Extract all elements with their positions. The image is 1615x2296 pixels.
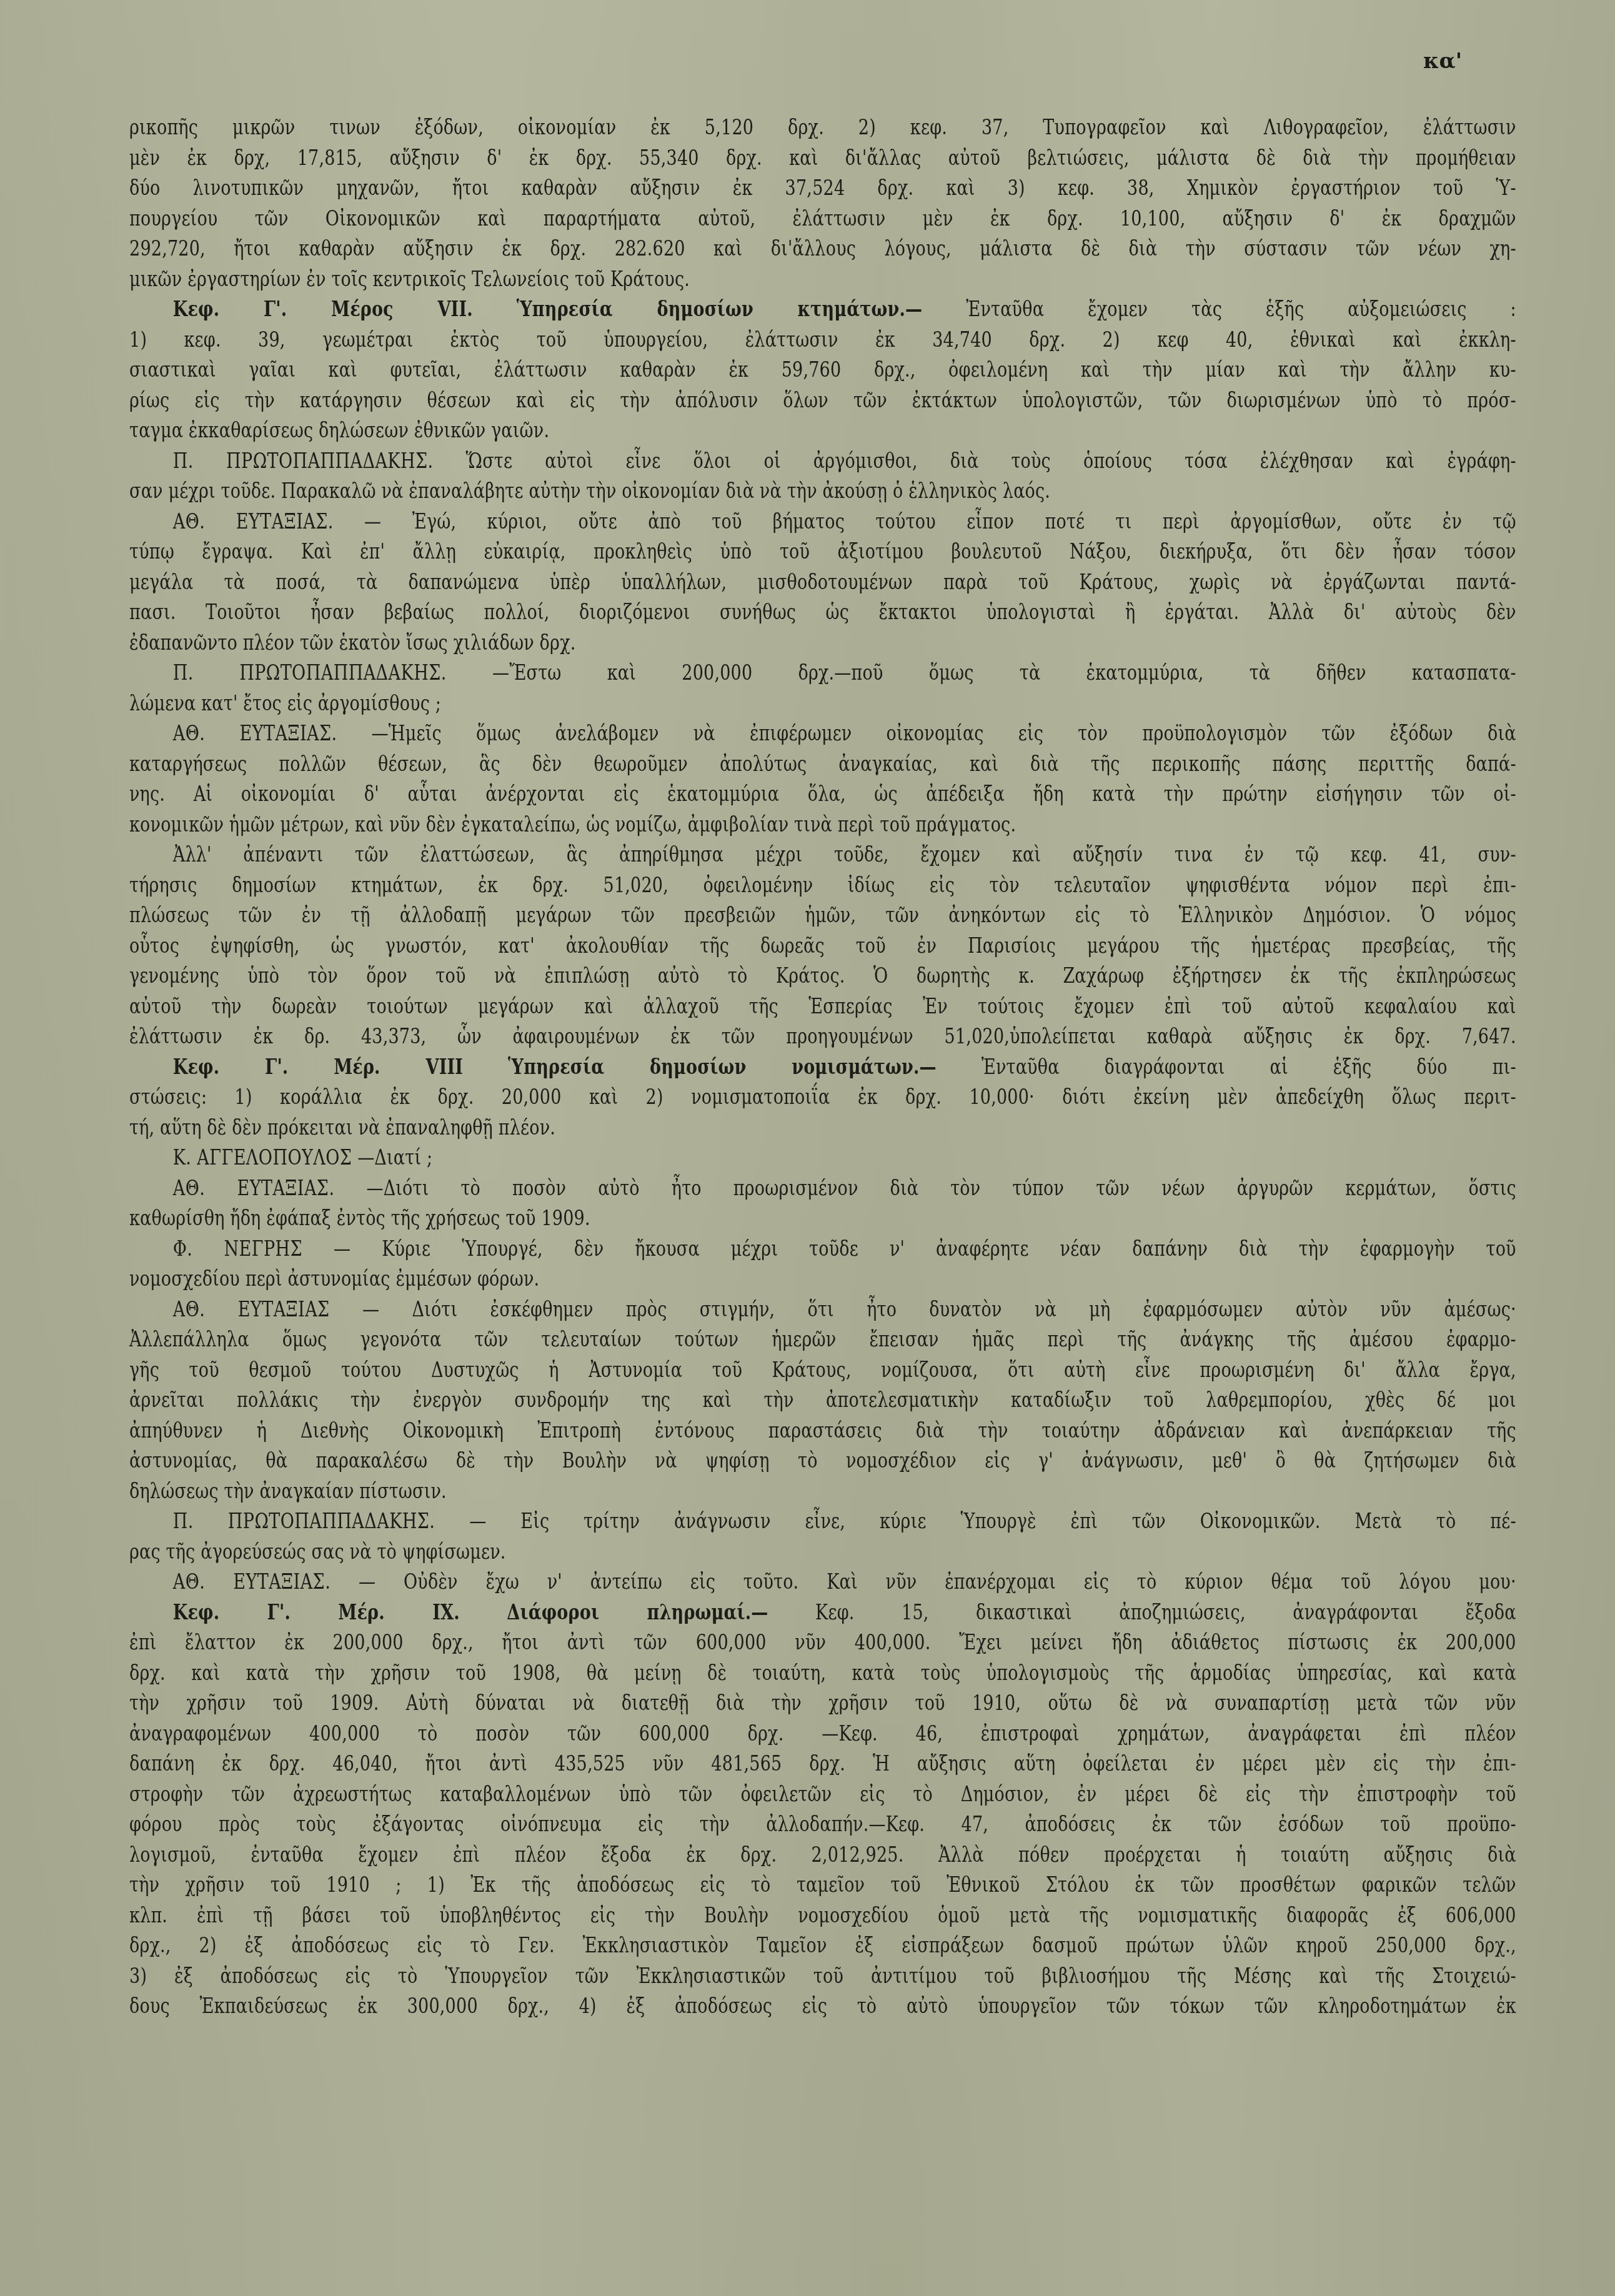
section-title: Ὑπηρεσία δημοσίων κτημάτων.—	[517, 297, 923, 321]
section-title: Ὑπηρεσία δημοσίων νομισμάτων.—	[508, 1055, 937, 1079]
page-number: κα'	[1423, 49, 1462, 74]
line-text: —Ἔστω καὶ 200,000 δρχ.—ποῦ ὅμως τὰ ἑκατο…	[492, 660, 1516, 685]
text-line: Κεφ. Γ'. Μέρ. VIII Ὑπηρεσία δημοσίων νομ…	[129, 1052, 1516, 1083]
text-line: ΑΘ. ΕΥΤΑΞΙΑΣ. — Ἐγώ, κύριοι, οὔτε ἀπὸ το…	[129, 507, 1516, 537]
line-text: — Οὐδὲν ἔχω ν' ἀντείπω εἰς τοῦτο. Καὶ νῦ…	[359, 1569, 1516, 1594]
text-line: τή, αὕτη δὲ δὲν πρόκειται νὰ ἐπαναληφθῇ …	[129, 1113, 1516, 1143]
line-text: — Ἐγώ, κύριοι, οὔτε ἀπὸ τοῦ βήματος τούτ…	[364, 509, 1516, 534]
text-line: Ἀλλ' ἀπέναντι τῶν ἐλαττώσεων, ἃς ἀπηρίθμ…	[129, 840, 1516, 870]
text-line: πλώσεως τῶν ἐν τῇ ἀλλοδαπῇ μεγάρων τῶν π…	[129, 900, 1516, 931]
text-line: ἀναγραφομένων 400,000 τὸ ποσὸν τῶν 600,0…	[129, 1719, 1516, 1749]
text-line: γῆς τοῦ θεσμοῦ τούτου Δυστυχῶς ἡ Ἀστυνομ…	[129, 1355, 1516, 1386]
text-line: δους Ἐκπαιδεύσεως ἐκ 300,000 δρχ., 4) ἐξ…	[129, 1991, 1516, 2022]
text-line: ΑΘ. ΕΥΤΑΞΙΑΣ. —Διότι τὸ ποσὸν αὐτὸ ἦτο π…	[129, 1173, 1516, 1204]
text-line: μὲν ἐκ δρχ, 17,815, αὔξησιν δ' ἐκ δρχ. 5…	[129, 143, 1516, 174]
text-line: δηλώσεως τὴν ἀναγκαίαν πίστωσιν.	[129, 1476, 1516, 1507]
speaker-name: Π. ΠΡΩΤΟΠΑΠΠΑΔΑΚΗΣ.	[173, 1509, 435, 1533]
speaker-name: Κ. ΑΓΓΕΛΟΠΟΥΛΟΣ	[173, 1145, 352, 1170]
line-text: Κεφ. 15, δικαστικαὶ ἀποζημιώσεις, ἀναγρά…	[815, 1600, 1516, 1624]
speaker-name: Φ. ΝΕΓΡΗΣ	[173, 1236, 302, 1261]
line-text: Ὥστε αὐτοὶ εἶνε ὅλοι οἱ ἀργόμισθοι, διὰ …	[466, 449, 1516, 473]
speaker-name: ΑΘ. ΕΥΤΑΞΙΑΣ.	[173, 1569, 330, 1594]
text-line: γενομένης ὑπὸ τὸν ὅρον τοῦ νὰ ἐπιπλώσῃ α…	[129, 961, 1516, 991]
text-line: Π. ΠΡΩΤΟΠΑΠΠΑΔΑΚΗΣ. Ὥστε αὐτοὶ εἶνε ὅλοι…	[129, 446, 1516, 477]
text-line: πασι. Τοιοῦτοι ἦσαν βεβαίως πολλοί, διορ…	[129, 597, 1516, 628]
text-line: δύο λινοτυπικῶν μηχανῶν, ἤτοι καθαρὰν αὔ…	[129, 173, 1516, 204]
text-line: στώσεις: 1) κοράλλια ἐκ δρχ. 20,000 καὶ …	[129, 1082, 1516, 1113]
text-line: 1) κεφ. 39, γεωμέτραι ἐκτὸς τοῦ ὑπουργεί…	[129, 325, 1516, 355]
text-line: δαπάνη ἐκ δρχ. 46,040, ἤτοι ἀντὶ 435,525…	[129, 1749, 1516, 1779]
line-text: —Διατί ;	[357, 1145, 432, 1170]
text-line: ἐλάττωσιν ἐκ δρ. 43,373, ὧν ἀφαιρουμένων…	[129, 1021, 1516, 1052]
body-text: ρικοπῆς μικρῶν τινων ἐξόδων, οἰκονομίαν …	[129, 112, 1516, 2022]
text-line: ἀπηύθυνεν ἡ Διεθνὴς Οἰκονομικὴ Ἐπιτροπὴ …	[129, 1416, 1516, 1446]
text-line: Π. ΠΡΩΤΟΠΑΠΠΑΔΑΚΗΣ. — Εἰς τρίτην ἀνάγνωσ…	[129, 1506, 1516, 1537]
text-line: Κ. ΑΓΓΕΛΟΠΟΥΛΟΣ —Διατί ;	[129, 1143, 1516, 1173]
text-line: τύπῳ ἔγραψα. Καὶ ἐπ' ἄλλῃ εὐκαιρίᾳ, προκ…	[129, 537, 1516, 567]
text-line: σιαστικαὶ γαῖαι καὶ φυτεῖαι, ἐλάττωσιν κ…	[129, 355, 1516, 385]
text-line: ΑΘ. ΕΥΤΑΞΙΑΣ. —Ἡμεῖς ὅμως ἀνελάβομεν νὰ …	[129, 718, 1516, 749]
text-line: ταγμα ἐκκαθαρίσεως δηλώσεων ἐθνικῶν γαιῶ…	[129, 415, 1516, 446]
text-line: 292,720, ἤτοι καθαρὰν αὔξησιν ἐκ δρχ. 28…	[129, 234, 1516, 264]
text-line: Κεφ. Γ'. Μέρ. ΙΧ. Διάφοροι πληρωμαί.— Κε…	[129, 1598, 1516, 1628]
text-line: καταργήσεως πολλῶν θέσεων, ἃς δὲν θεωροῦ…	[129, 749, 1516, 780]
line-text: — Διότι ἐσκέφθημεν πρὸς στιγμήν, ὅτι ἦτο…	[362, 1297, 1516, 1321]
text-line: δρχ., 2) ἐξ ἀποδόσεως εἰς τὸ Γεν. Ἐκκλησ…	[129, 1931, 1516, 1961]
text-line: μεγάλα τὰ ποσά, τὰ δαπανώμενα ὑπὲρ ὑπαλλ…	[129, 567, 1516, 598]
text-line: Π. ΠΡΩΤΟΠΑΠΠΑΔΑΚΗΣ. —Ἔστω καὶ 200,000 δρ…	[129, 658, 1516, 688]
speaker-name: Π. ΠΡΩΤΟΠΑΠΠΑΔΑΚΗΣ.	[173, 660, 447, 685]
text-line: λογισμοῦ, ἐνταῦθα ἔχομεν ἐπὶ πλέον ἔξοδα…	[129, 1840, 1516, 1871]
text-line: σαν μέχρι τοῦδε. Παρακαλῶ νὰ ἐπαναλάβητε…	[129, 476, 1516, 507]
line-text: Ἐνταῦθα ἔχομεν τὰς ἑξῆς αὐξομειώσεις :	[966, 297, 1516, 321]
text-line: ἐπὶ ἔλαττον ἐκ 200,000 δρχ., ἤτοι ἀντὶ τ…	[129, 1628, 1516, 1658]
line-text: — Εἰς τρίτην ἀνάγνωσιν εἶνε, κύριε Ὑπουρ…	[469, 1509, 1516, 1533]
section-heading: Κεφ. Γ'. Μέρ. ΙΧ.	[173, 1600, 460, 1624]
text-line: ἀστυνομίας, θὰ παρακαλέσω δὲ τὴν Βουλὴν …	[129, 1446, 1516, 1476]
text-line: τήρησις δημοσίων κτημάτων, ἐκ δρχ. 51,02…	[129, 870, 1516, 901]
text-line: τὴν χρῆσιν τοῦ 1909. Αὐτὴ δύναται νὰ δια…	[129, 1688, 1516, 1719]
section-heading: Κεφ. Γ'. Μέρ. VIII	[173, 1055, 463, 1079]
speaker-name: ΑΘ. ΕΥΤΑΞΙΑΣ	[173, 1297, 330, 1321]
text-line: δρχ. καὶ κατὰ τὴν χρῆσιν τοῦ 1908, θὰ με…	[129, 1658, 1516, 1689]
line-text: Ἐνταῦθα διαγράφονται αἱ ἑξῆς δύο πι-	[981, 1055, 1516, 1079]
text-line: ἀρνεῖται πολλάκις τὴν ἐνεργὸν συνδρομήν …	[129, 1385, 1516, 1416]
text-line: οὗτος ἐψηφίσθη, ὡς γνωστόν, κατ' ἀκολουθ…	[129, 931, 1516, 962]
speaker-name: Π. ΠΡΩΤΟΠΑΠΠΑΔΑΚΗΣ.	[173, 449, 434, 473]
text-line: νης. Αἱ οἰκονομίαι δ' αὗται ἀνέρχονται ε…	[129, 779, 1516, 810]
text-line: ρας τῆς ἀγορεύσεώς σας νὰ τὸ ψηφίσωμεν.	[129, 1537, 1516, 1568]
text-line: τὴν χρῆσιν τοῦ 1910 ; 1) Ἐκ τῆς ἀποδόσεω…	[129, 1870, 1516, 1901]
text-line: λώμενα κατ' ἔτος εἰς ἀργομίσθους ;	[129, 688, 1516, 719]
text-line: καθωρίσθη ἤδη ἐφάπαξ ἐντὸς τῆς χρήσεως τ…	[129, 1203, 1516, 1234]
line-text: —Ἡμεῖς ὅμως ἀνελάβομεν νὰ ἐπιφέρωμεν οἰκ…	[372, 721, 1516, 745]
speaker-name: ΑΘ. ΕΥΤΑΞΙΑΣ.	[173, 509, 334, 534]
text-line: πουργείου τῶν Οἰκονομικῶν καὶ παραρτήματ…	[129, 204, 1516, 234]
line-text: —Διότι τὸ ποσὸν αὐτὸ ἦτο προωρισμένον δι…	[366, 1176, 1516, 1200]
speaker-name: ΑΘ. ΕΥΤΑΞΙΑΣ.	[173, 1176, 335, 1200]
text-line: στροφὴν τῶν ἀχρεωστήτως καταβαλλομένων ὑ…	[129, 1779, 1516, 1810]
text-line: φόρου πρὸς τοὺς ἐξάγοντας οἰνόπνευμα εἰς…	[129, 1809, 1516, 1840]
speaker-name: ΑΘ. ΕΥΤΑΞΙΑΣ.	[173, 721, 337, 745]
section-heading: Κεφ. Γ'. Μέρος VII.	[173, 297, 473, 321]
text-line: αὐτοῦ τὴν δωρεὰν τοιούτων μεγάρων καὶ ἀλ…	[129, 991, 1516, 1022]
text-line: ρίως εἰς τὴν κατάργησιν θέσεων καὶ εἰς τ…	[129, 385, 1516, 416]
text-line: ΑΘ. ΕΥΤΑΞΙΑΣ — Διότι ἐσκέφθημεν πρὸς στι…	[129, 1295, 1516, 1325]
text-line: Φ. ΝΕΓΡΗΣ — Κύριε Ὑπουργέ, δὲν ἤκουσα μέ…	[129, 1234, 1516, 1265]
text-line: μικῶν ἐργαστηρίων ἐν τοῖς κεντρικοῖς Τελ…	[129, 264, 1516, 295]
text-line: 3) ἐξ ἀποδόσεως εἰς τὸ Ὑπουργεῖον τῶν Ἐκ…	[129, 1961, 1516, 1992]
text-line: νομοσχεδίου περὶ ἀστυνομίας ἐμμέσων φόρω…	[129, 1264, 1516, 1295]
text-line: Ἀλλεπάλληλα ὅμως γεγονότα τῶν τελευταίων…	[129, 1324, 1516, 1355]
section-title: Διάφοροι πληρωμαί.—	[507, 1600, 768, 1624]
text-line: ρικοπῆς μικρῶν τινων ἐξόδων, οἰκονομίαν …	[129, 112, 1516, 143]
text-line: Κεφ. Γ'. Μέρος VII. Ὑπηρεσία δημοσίων κτ…	[129, 294, 1516, 325]
text-line: ΑΘ. ΕΥΤΑΞΙΑΣ. — Οὐδὲν ἔχω ν' ἀντείπω εἰς…	[129, 1567, 1516, 1598]
line-text: — Κύριε Ὑπουργέ, δὲν ἤκουσα μέχρι τοῦδε …	[334, 1236, 1516, 1261]
text-line: ἐδαπανῶντο πλέον τῶν ἑκατὸν ἴσως χιλιάδω…	[129, 628, 1516, 658]
text-line: κονομικῶν ἡμῶν μέτρων, καὶ νῦν δὲν ἐγκατ…	[129, 810, 1516, 840]
text-line: κλπ. ἐπὶ τῇ βάσει τοῦ ὑποβληθέντος εἰς τ…	[129, 1901, 1516, 1931]
